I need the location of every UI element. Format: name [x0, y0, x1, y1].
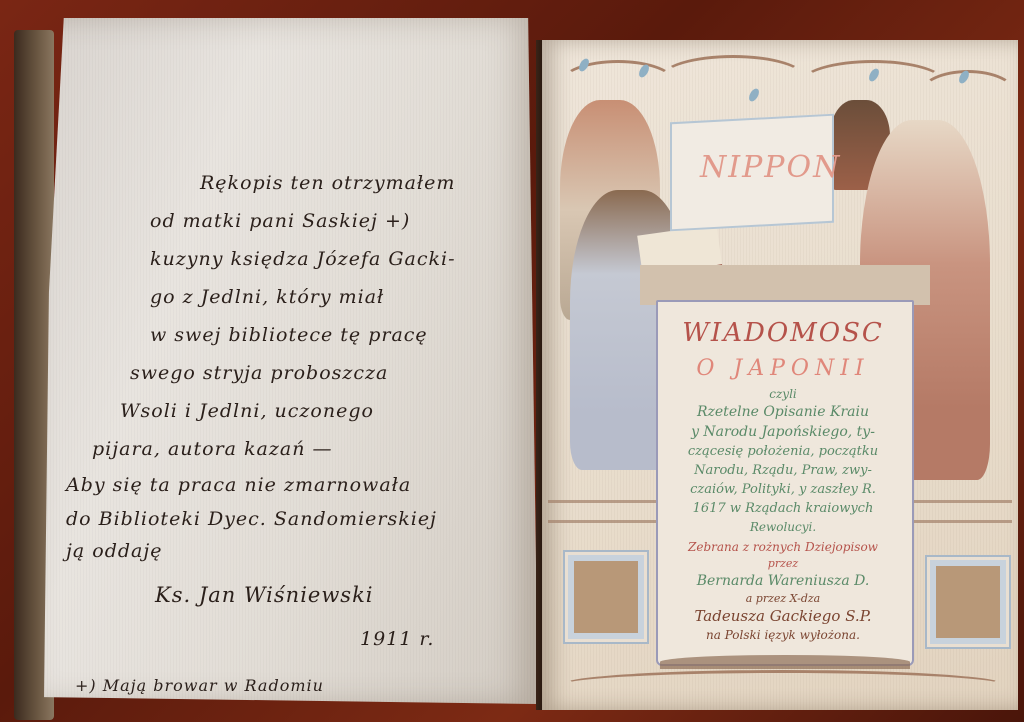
- divider: [912, 520, 1012, 523]
- note-line: kuzyny księdza Józefa Gacki-: [150, 248, 456, 270]
- note-line: go z Jedlni, który miał: [150, 286, 384, 308]
- body-line: y Narodu Japońskiego, ty-: [656, 424, 910, 440]
- compiled-line: Zebrana z rożnych Dziejopisow: [656, 540, 910, 554]
- divider: [912, 500, 1012, 503]
- note-line: od matki pani Saskiej +): [150, 210, 410, 232]
- footnote: +) Mają browar w Radomiu: [75, 676, 324, 695]
- bottom-vine: [560, 670, 1006, 700]
- note-line: w swej bibliotece tę pracę: [150, 324, 428, 346]
- body-line: czaiów, Polityki, y zaszłey R.: [656, 482, 910, 497]
- vine-ornament: [660, 55, 806, 101]
- note-line: Wsoli i Jedlni, uczonego: [120, 400, 374, 422]
- scroll-curl: [660, 655, 910, 669]
- note-line: ją oddaję: [66, 540, 163, 562]
- note-line: swego stryja proboszcza: [130, 362, 388, 384]
- divider: [548, 500, 658, 503]
- przez: przez: [656, 557, 910, 570]
- translated-line: na Polski ięzyk wyłożona.: [656, 628, 910, 642]
- decorative-panel: [568, 555, 644, 639]
- divider: [548, 520, 658, 523]
- banner-text: NIPPON: [700, 150, 841, 185]
- note-date: 1911 r.: [360, 628, 434, 650]
- translator: Tadeusza Gackiego S.P.: [656, 607, 910, 625]
- body-line: Rewolucyi.: [656, 520, 910, 534]
- note-line: Aby się ta praca nie zmarnowała: [66, 474, 411, 496]
- note-line: Rękopis ten otrzymałem: [200, 172, 455, 194]
- signature: Ks. Jan Wiśniewski: [155, 583, 374, 607]
- title-line-2: O JAPONII: [656, 356, 910, 381]
- title-line-1: WIADOMOSC: [656, 318, 910, 348]
- body-line: czącesię położenia, początku: [656, 444, 910, 459]
- body-line: Narodu, Rządu, Praw, zwy-: [656, 463, 910, 478]
- table-top: [640, 265, 930, 305]
- note-line: pijara, autora kazań —: [92, 438, 333, 460]
- body-line: Rzetelne Opisanie Kraiu: [656, 404, 910, 420]
- a-przez: a przez X-dza: [656, 592, 910, 605]
- czyli: czyli: [656, 387, 910, 401]
- decorative-panel: [930, 560, 1006, 644]
- author: Bernarda Wareniusza D.: [656, 573, 910, 589]
- body-line: 1617 w Rządach kraiowych: [656, 501, 910, 516]
- note-line: do Biblioteki Dyec. Sandomierskiej: [66, 508, 437, 530]
